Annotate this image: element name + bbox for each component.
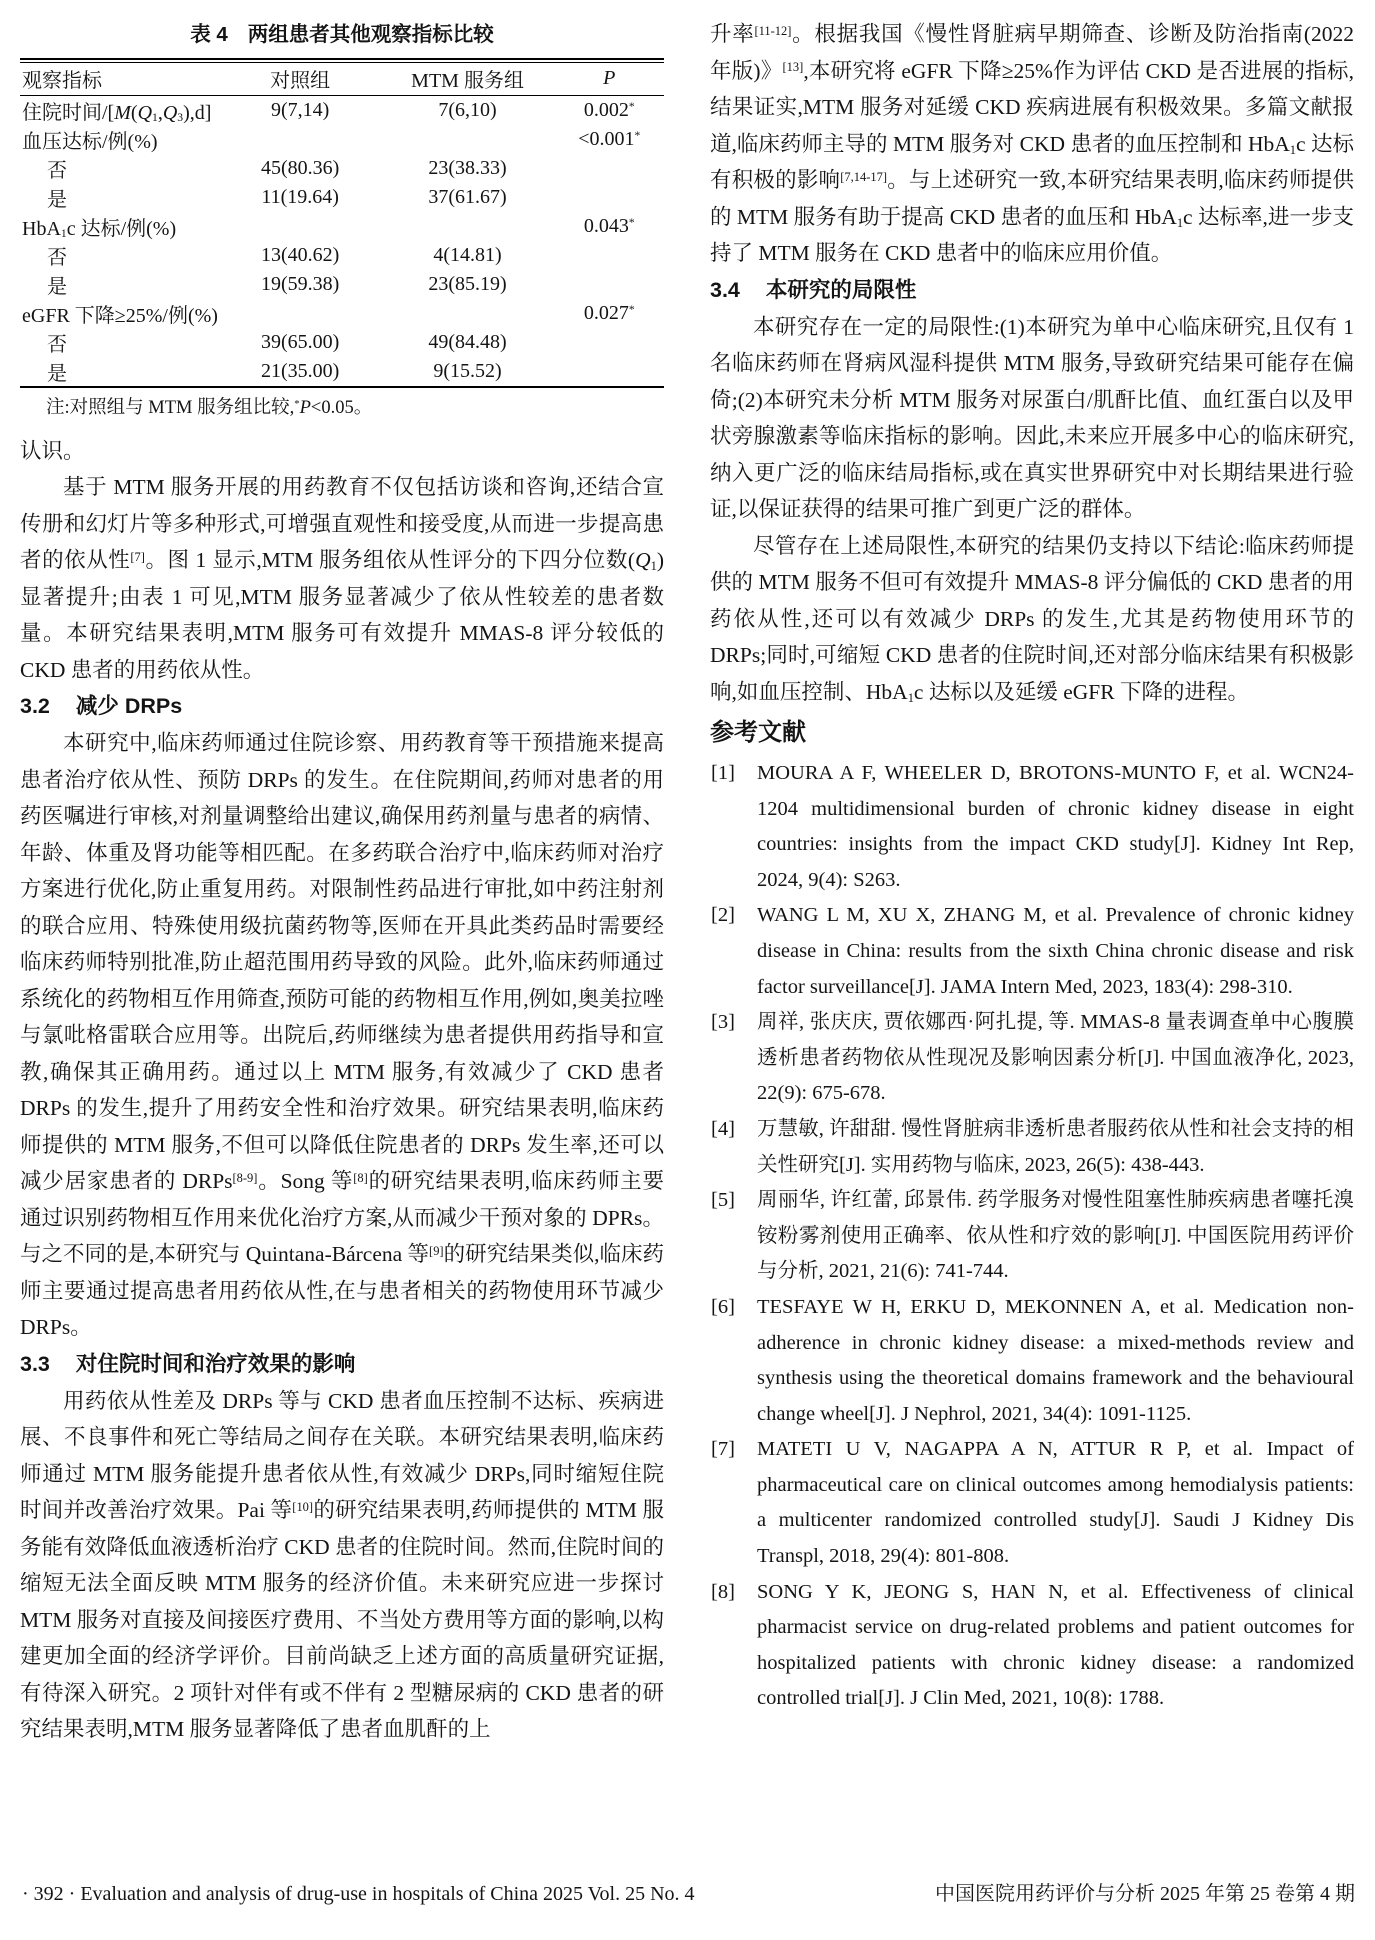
row-label: 是 [20, 357, 220, 387]
section-heading: 3.4本研究的局限性 [710, 272, 1354, 309]
reference-number: [6] [711, 1290, 735, 1326]
row-label: eGFR 下降≥25%/例(%) [20, 299, 220, 328]
cell-control: 39(65.00) [220, 328, 381, 357]
cell-control: 9(7,14) [220, 95, 381, 125]
cell-p [555, 154, 665, 183]
section-heading: 3.2减少 DRPs [20, 688, 664, 725]
cell-mtm: 49(84.48) [381, 328, 555, 357]
cell-mtm [381, 125, 555, 154]
paragraph: 用药依从性差及 DRPs 等与 CKD 患者血压控制不达标、疾病进展、不良事件和… [20, 1383, 664, 1748]
section-number: 3.4 [710, 278, 740, 302]
table-row: 是21(35.00)9(15.52) [20, 357, 664, 387]
cell-p [555, 328, 665, 357]
cell-mtm: 9(15.52) [381, 357, 555, 387]
reference-number: [4] [711, 1112, 735, 1148]
reference-text: SONG Y K, JEONG S, HAN N, et al. Effecti… [757, 1581, 1354, 1710]
table-row: eGFR 下降≥25%/例(%)0.027* [20, 299, 664, 328]
cell-control: 19(59.38) [220, 270, 381, 299]
cell-control: 45(80.36) [220, 154, 381, 183]
reference-item: [2]WANG L M, XU X, ZHANG M, et al. Preva… [710, 898, 1354, 1005]
cell-control [220, 125, 381, 154]
cell-control [220, 299, 381, 328]
reference-item: [4]万慧敏, 许甜甜. 慢性肾脏病非透析患者服药依从性和社会支持的相关性研究[… [710, 1112, 1354, 1183]
table-caption-label: 表 4 [190, 23, 228, 46]
paragraph: 尽管存在上述局限性,本研究的结果仍支持以下结论:临床药师提供的 MTM 服务不但… [710, 528, 1354, 711]
reference-text: MATETI U V, NAGAPPA A N, ATTUR R P, et a… [757, 1438, 1354, 1567]
table-col-header: 对照组 [220, 63, 381, 95]
reference-number: [2] [711, 898, 735, 934]
left-column-text: 认识。基于 MTM 服务开展的用药教育不仅包括访谈和咨询,还结合宣传册和幻灯片等… [20, 433, 664, 1748]
reference-number: [5] [711, 1183, 735, 1219]
table-row: HbA1c 达标/例(%)0.043* [20, 212, 664, 241]
section-title: 减少 DRPs [76, 694, 182, 718]
cell-p [555, 241, 665, 270]
table-body: 住院时间/[M(Q1,Q3),d]9(7,14)7(6,10)0.002*血压达… [20, 95, 664, 387]
page-footer: · 392 · Evaluation and analysis of drug-… [22, 1880, 1355, 1908]
cell-p [555, 357, 665, 387]
section-number: 3.3 [20, 1352, 50, 1376]
reference-text: 万慧敏, 许甜甜. 慢性肾脏病非透析患者服药依从性和社会支持的相关性研究[J].… [757, 1118, 1354, 1176]
paragraph: 认识。 [20, 433, 664, 470]
row-label: 住院时间/[M(Q1,Q3),d] [20, 95, 220, 125]
reference-number: [7] [711, 1432, 735, 1468]
table-row: 血压达标/例(%)<0.001* [20, 125, 664, 154]
cell-mtm: 37(61.67) [381, 183, 555, 212]
paragraph: 本研究中,临床药师通过住院诊察、用药教育等干预措施来提高患者治疗依从性、预防 D… [20, 725, 664, 1346]
reference-text: WANG L M, XU X, ZHANG M, et al. Prevalen… [757, 904, 1354, 997]
cell-mtm [381, 299, 555, 328]
table-row: 否13(40.62)4(14.81) [20, 241, 664, 270]
cell-control: 13(40.62) [220, 241, 381, 270]
table-header-row: 观察指标对照组MTM 服务组P [20, 63, 664, 95]
row-label: 否 [20, 241, 220, 270]
reference-item: [3]周祥, 张庆庆, 贾依娜西·阿扎提, 等. MMAS-8 量表调查单中心腹… [710, 1005, 1354, 1112]
row-label: 是 [20, 183, 220, 212]
reference-number: [1] [711, 756, 735, 792]
cell-mtm: 7(6,10) [381, 95, 555, 125]
row-label: 否 [20, 154, 220, 183]
cell-mtm: 23(85.19) [381, 270, 555, 299]
observation-table: 观察指标对照组MTM 服务组P 住院时间/[M(Q1,Q3),d]9(7,14)… [20, 58, 664, 388]
cell-mtm: 23(38.33) [381, 154, 555, 183]
cell-p [555, 183, 665, 212]
section-title: 本研究的局限性 [766, 278, 917, 302]
paper-page: 表 4两组患者其他观察指标比较 观察指标对照组MTM 服务组P 住院时间/[M(… [0, 0, 1375, 1940]
cell-mtm: 4(14.81) [381, 241, 555, 270]
cell-p: 0.002* [555, 95, 665, 125]
row-label: HbA1c 达标/例(%) [20, 212, 220, 241]
table-row: 是19(59.38)23(85.19) [20, 270, 664, 299]
right-column-text: 升率[11-12]。根据我国《慢性肾脏病早期筛查、诊断及防治指南(2022 年版… [710, 16, 1354, 1717]
reference-text: MOURA A F, WHEELER D, BROTONS-MUNTO F, e… [757, 762, 1354, 891]
reference-number: [3] [711, 1005, 735, 1041]
section-heading: 3.3对住院时间和治疗效果的影响 [20, 1346, 664, 1383]
cell-control: 11(19.64) [220, 183, 381, 212]
section-title: 对住院时间和治疗效果的影响 [76, 1352, 356, 1376]
row-label: 否 [20, 328, 220, 357]
reference-text: 周丽华, 许红蕾, 邱景伟. 药学服务对慢性阻塞性肺疾病患者噻托溴铵粉雾剂使用正… [757, 1189, 1354, 1282]
paragraph: 升率[11-12]。根据我国《慢性肾脏病早期筛查、诊断及防治指南(2022 年版… [710, 16, 1354, 272]
reference-item: [7]MATETI U V, NAGAPPA A N, ATTUR R P, e… [710, 1432, 1354, 1574]
row-label: 是 [20, 270, 220, 299]
table-row: 是11(19.64)37(61.67) [20, 183, 664, 212]
cell-p [555, 270, 665, 299]
paragraph: 基于 MTM 服务开展的用药教育不仅包括访谈和咨询,还结合宣传册和幻灯片等多种形… [20, 469, 664, 688]
reference-item: [6]TESFAYE W H, ERKU D, MEKONNEN A, et a… [710, 1290, 1354, 1432]
reference-text: 周祥, 张庆庆, 贾依娜西·阿扎提, 等. MMAS-8 量表调查单中心腹膜透析… [757, 1011, 1354, 1104]
column-left: 表 4两组患者其他观察指标比较 观察指标对照组MTM 服务组P 住院时间/[M(… [20, 16, 664, 1748]
cell-control: 21(35.00) [220, 357, 381, 387]
cell-mtm [381, 212, 555, 241]
section-number: 3.2 [20, 694, 50, 718]
table-row: 否39(65.00)49(84.48) [20, 328, 664, 357]
table-row: 住院时间/[M(Q1,Q3),d]9(7,14)7(6,10)0.002* [20, 95, 664, 125]
row-label: 血压达标/例(%) [20, 125, 220, 154]
reference-item: [8]SONG Y K, JEONG S, HAN N, et al. Effe… [710, 1575, 1354, 1717]
reference-text: TESFAYE W H, ERKU D, MEKONNEN A, et al. … [757, 1296, 1354, 1425]
table-caption: 表 4两组患者其他观察指标比较 [20, 20, 664, 50]
cell-p: 0.043* [555, 212, 665, 241]
footer-left: · 392 · Evaluation and analysis of drug-… [22, 1880, 695, 1908]
footer-right: 中国医院用药评价与分析 2025 年第 25 卷第 4 期 [935, 1880, 1355, 1908]
table-col-header: 观察指标 [20, 63, 220, 95]
table-note: 注:对照组与 MTM 服务组比较,*P<0.05。 [20, 393, 664, 423]
table-row: 否45(80.36)23(38.33) [20, 154, 664, 183]
table-col-header: MTM 服务组 [381, 63, 555, 95]
table-col-header: P [555, 63, 665, 95]
cell-control [220, 212, 381, 241]
paragraph: 本研究存在一定的局限性:(1)本研究为单中心临床研究,且仅有 1 名临床药师在肾… [710, 309, 1354, 528]
cell-p: <0.001* [555, 125, 665, 154]
table-caption-text: 两组患者其他观察指标比较 [248, 23, 494, 46]
reference-number: [8] [711, 1575, 735, 1611]
references-heading: 参考文献 [710, 710, 1354, 756]
cell-p: 0.027* [555, 299, 665, 328]
reference-item: [5]周丽华, 许红蕾, 邱景伟. 药学服务对慢性阻塞性肺疾病患者噻托溴铵粉雾剂… [710, 1183, 1354, 1290]
reference-item: [1]MOURA A F, WHEELER D, BROTONS-MUNTO F… [710, 756, 1354, 898]
column-right: 升率[11-12]。根据我国《慢性肾脏病早期筛查、诊断及防治指南(2022 年版… [710, 16, 1354, 1717]
